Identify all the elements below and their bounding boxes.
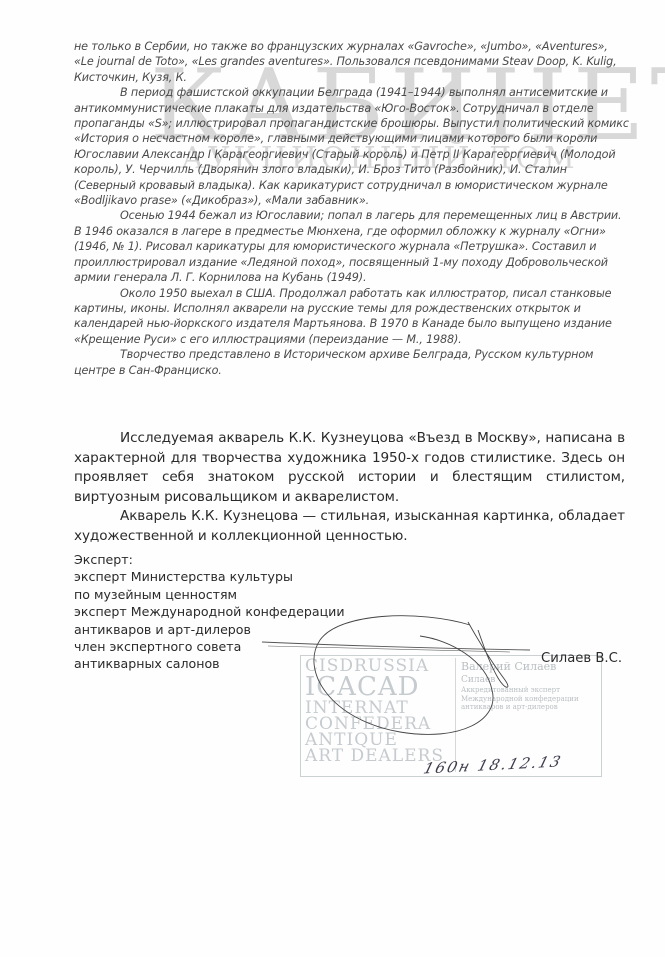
- assessment-paragraph: Акварель К.К. Кузнецова — стильная, изыс…: [74, 507, 625, 546]
- expert-credential-line: антикваров и арт-дилеров: [74, 621, 374, 638]
- stamp-subtitle: Силаев: [461, 674, 596, 686]
- stamp-body: Аккредитованный эксперт Международной ко…: [461, 686, 596, 712]
- signatory-name: Силаев В.С.: [541, 651, 622, 666]
- bio-paragraph: Около 1950 выехал в США. Продолжал работ…: [74, 286, 630, 348]
- artist-biography: не только в Сербии, но также во французс…: [74, 39, 630, 378]
- expert-assessment: Исследуемая акварель К.К. Кузнеуцова «Въ…: [74, 429, 625, 546]
- expert-credentials: Эксперт: эксперт Министерства культуры п…: [74, 551, 374, 673]
- expert-credential-line: член экспертного совета: [74, 638, 374, 655]
- expert-credential-line: по музейным ценностям: [74, 586, 374, 603]
- bio-paragraph: Осенью 1944 бежал из Югославии; попал в …: [74, 208, 630, 285]
- bio-paragraph: В период фашистской оккупации Белграда (…: [74, 85, 630, 208]
- bio-paragraph: не только в Сербии, но также во французс…: [74, 39, 630, 85]
- stamp-logo: CISDRUSSIA ICACAD INTERNAT CONFEDERA ANT…: [305, 658, 456, 772]
- expert-credential-line: антикварных салонов: [74, 655, 374, 672]
- expert-heading: Эксперт:: [74, 551, 374, 568]
- expert-credential-line: эксперт Международной конфедерации: [74, 603, 374, 620]
- stamp-logo-line: ICACAD: [305, 674, 455, 700]
- expert-credential-line: эксперт Министерства культуры: [74, 568, 374, 585]
- assessment-paragraph: Исследуемая акварель К.К. Кузнеуцова «Въ…: [74, 429, 625, 507]
- document-page: КАБИНЕТЪ АУКЦИОННЫЙ ДОМ не только в Серб…: [0, 0, 665, 957]
- bio-paragraph: Творчество представлено в Историческом а…: [74, 347, 630, 378]
- stamp-text: Валерий Силаев Силаев Аккредитованный эк…: [461, 660, 596, 712]
